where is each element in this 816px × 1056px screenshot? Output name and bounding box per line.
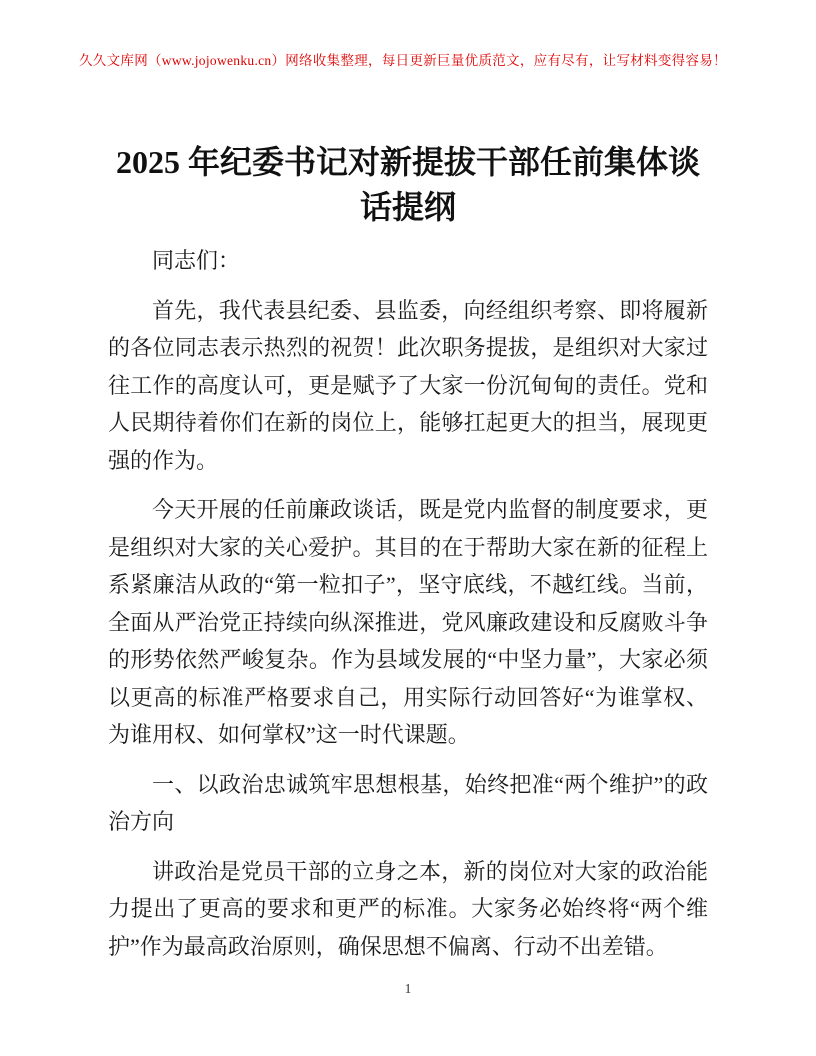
watermark-text: 久久文库网（www.jojowenku.cn）网络收集整理，每日更新巨量优质范文… — [79, 53, 727, 68]
salutation-paragraph: 同志们： — [108, 242, 708, 280]
body-paragraph: 讲政治是党员干部的立身之本，新的岗位对大家的政治能力提出了更高的要求和更严的标准… — [108, 853, 708, 966]
body-paragraph: 今天开展的任前廉政谈话，既是党内监督的制度要求，更是组织对大家的关心爱护。其目的… — [108, 491, 708, 754]
document-page: 久久文库网（www.jojowenku.cn）网络收集整理，每日更新巨量优质范文… — [0, 0, 816, 1056]
body-paragraph: 首先，我代表县纪委、县监委，向经组织考察、即将履新的各位同志表示热烈的祝贺！此次… — [108, 292, 708, 480]
document-body: 同志们： 首先，我代表县纪委、县监委，向经组织考察、即将履新的各位同志表示热烈的… — [108, 242, 708, 977]
section-heading: 一、以政治忠诚筑牢思想根基，始终把准“两个维护”的政治方向 — [108, 766, 708, 841]
watermark-header: 久久文库网（www.jojowenku.cn）网络收集整理，每日更新巨量优质范文… — [79, 51, 739, 71]
page-number: 1 — [0, 981, 816, 999]
document-title: 2025 年纪委书记对新提拔干部任前集体谈话提纲 — [108, 140, 708, 230]
